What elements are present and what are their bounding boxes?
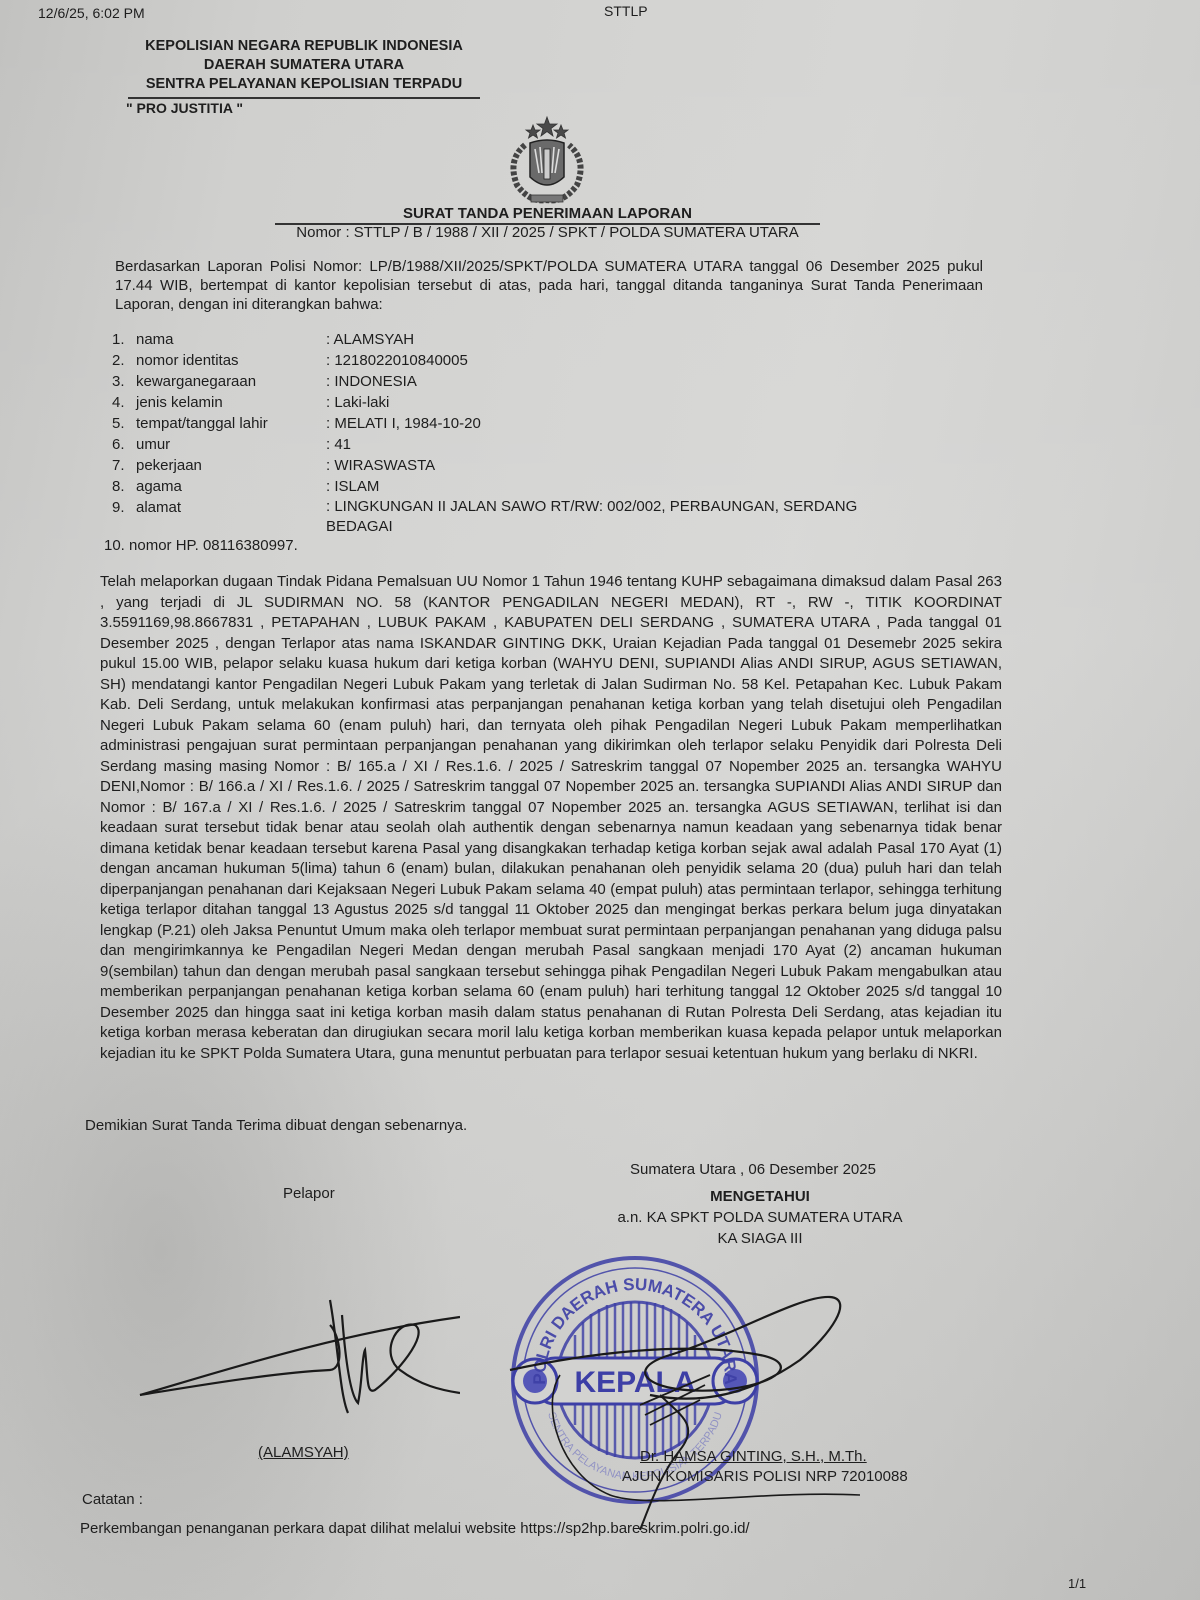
phone-number: 10. nomor HP. 08116380997. [104,537,298,554]
agency-header: KEPOLISIAN NEGARA REPUBLIK INDONESIA DAE… [128,37,480,99]
note-text: Perkembangan penanganan perkara dapat di… [80,1520,750,1537]
identity-row-birth: 5. tempat/tanggal lahir : MELATI I, 1984… [112,413,952,434]
identity-row-name: 1. nama : ALAMSYAH [112,329,952,350]
agency-line-2: DAERAH SUMATERA UTARA [128,56,480,75]
agency-line-1: KEPOLISIAN NEGARA REPUBLIK INDONESIA [128,37,480,56]
officer-rank: AJUN KOMISARIS POLISI NRP 72010088 [622,1468,908,1485]
identity-row-address: 9. alamat : LINGKUNGAN II JALAN SAWO RT/… [112,497,952,539]
intro-paragraph: Berdasarkan Laporan Polisi Nomor: LP/B/1… [115,257,983,314]
reporter-signature [130,1295,460,1435]
acknowledge-on-behalf: a.n. KA SPKT POLDA SUMATERA UTARA [600,1207,920,1228]
print-title: STTLP [604,3,648,19]
identity-row-gender: 4. jenis kelamin : Laki-laki [112,392,952,413]
place-date: Sumatera Utara , 06 Desember 2025 [630,1161,876,1178]
reporter-label: Pelapor [283,1185,335,1202]
report-narrative: Telah melaporkan dugaan Tindak Pidana Pe… [100,572,1002,1064]
acknowledge-label: MENGETAHUI [600,1186,920,1207]
pro-justitia: " PRO JUSTITIA " [126,100,243,116]
identity-list: 1. nama : ALAMSYAH 2. nomor identitas : … [112,329,952,539]
agency-line-3: SENTRA PELAYANAN KEPOLISIAN TERPADU [128,75,480,99]
officer-name: Dr. HAMSA GINTING, S.H., M.Th. [640,1448,867,1465]
print-timestamp: 12/6/25, 6:02 PM [38,5,145,21]
identity-row-id-number: 2. nomor identitas : 1218022010840005 [112,350,952,371]
note-label: Catatan : [82,1491,143,1508]
reporter-name: (ALAMSYAH) [258,1444,349,1461]
page-number: 1/1 [1068,1576,1086,1591]
acknowledge-role: KA SIAGA III [600,1228,920,1249]
police-emblem-icon [495,115,600,210]
identity-row-age: 6. umur : 41 [112,434,952,455]
identity-row-occupation: 7. pekerjaan : WIRASWASTA [112,455,952,476]
identity-row-religion: 8. agama : ISLAM [112,476,952,497]
identity-row-citizenship: 3. kewarganegaraan : INDONESIA [112,371,952,392]
document-title: SURAT TANDA PENERIMAAN LAPORAN [275,205,820,225]
acknowledgement-block: MENGETAHUI a.n. KA SPKT POLDA SUMATERA U… [600,1186,920,1249]
closing-statement: Demikian Surat Tanda Terima dibuat denga… [85,1117,467,1134]
document-number: Nomor : STTLP / B / 1988 / XII / 2025 / … [275,224,820,241]
stamp-center-text: KEPALA [574,1366,695,1399]
